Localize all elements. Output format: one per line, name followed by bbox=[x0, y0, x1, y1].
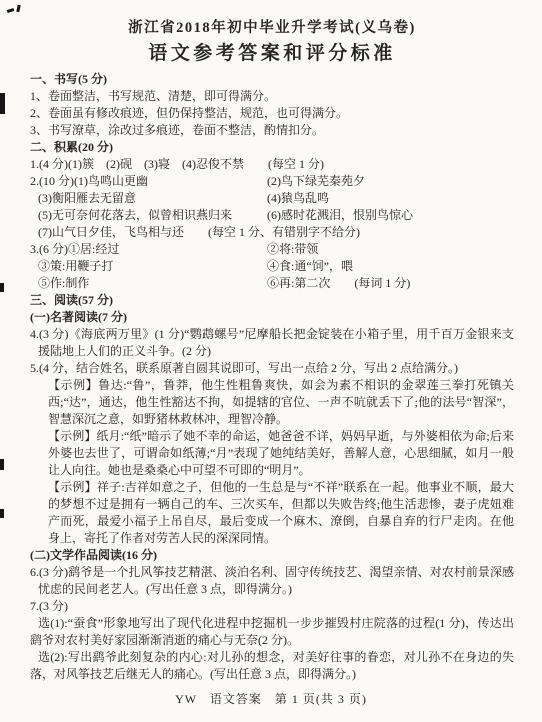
subsection-literature-heading: (二)文学作品阅读(16 分) bbox=[30, 547, 514, 564]
q7-option-2: 选(2):写出鹞爷此刻复杂的内心:对儿孙的想念，对美好往事的眷恋，对儿孙不在身边… bbox=[30, 649, 514, 683]
q2-answer-note: (7)山气日夕佳，飞鸟相与还 (每空 1 分、有错别字不给分) bbox=[30, 224, 514, 241]
writing-rule-3: 3、书写潦草，涂改过多痕迹，卷面不整洁，酌情扣分。 bbox=[30, 122, 514, 139]
q2-answer-right: (6)感时花溅泪，恨别鸟惊心 bbox=[267, 207, 514, 224]
scanned-answer-sheet-page: 浙江省2018年初中毕业升学考试(义乌卷) 语文参考答案和评分标准 一、书写(5… bbox=[0, 0, 542, 722]
q2-answer-row: 2.(10 分)(1)鸟鸣山更幽 (2)鸟下绿芜秦苑夕 bbox=[30, 173, 514, 190]
q3-answer-row: ⑤作:制作 ⑥再:第二次 (每词 1 分) bbox=[30, 275, 514, 292]
q3-answer-right: ⑥再:第二次 (每词 1 分) bbox=[267, 275, 514, 292]
q5-scoring-note: 5.(4 分，结合姓名，联系原著自圆其说即可，写出一点给 2 分，写出 2 点给… bbox=[30, 360, 514, 377]
q2-answer-right: (4)猿鸟乱鸣 bbox=[267, 190, 514, 207]
q3-answer-left: ③策:用鞭子打 bbox=[38, 258, 267, 275]
section-accumulation-heading: 二、积累(20 分) bbox=[30, 139, 514, 156]
q2-answer-right: (2)鸟下绿芜秦苑夕 bbox=[267, 173, 514, 190]
section-writing-heading: 一、书写(5 分) bbox=[30, 71, 514, 88]
scan-artifact bbox=[0, 459, 4, 470]
q3-answer-left: ⑤作:制作 bbox=[38, 275, 267, 292]
q5-example-zhiyue: 【示例】纸月:“纸”暗示了她不幸的命运，她爸爸不详，妈妈早逝，与外婆相依为命;后… bbox=[48, 428, 514, 479]
scan-artifact bbox=[7, 8, 15, 13]
subsection-famous-works-heading: (一)名著阅读(7 分) bbox=[30, 309, 514, 326]
writing-rule-2: 2、卷面虽有修改痕迹，但仍保持整洁，规范，也可得满分。 bbox=[30, 105, 514, 122]
section-reading-heading: 三、阅读(57 分) bbox=[30, 292, 514, 309]
doc-title: 语文参考答案和评分标准 bbox=[30, 45, 514, 62]
q3-answer-row: 3.(6 分)①居:经过 ②将:带领 bbox=[30, 241, 514, 258]
scan-artifact bbox=[0, 509, 4, 518]
q5-example-luda: 【示例】鲁达:“鲁”，鲁莽，他生性粗鲁爽快，如会为素不相识的金翠莲三拳打死镇关西… bbox=[48, 377, 514, 428]
q7-option-1: 选(1):“蚕食”形象地写出了现代化进程中挖掘机一步步摧毁村庄院落的过程(1 分… bbox=[30, 615, 514, 649]
q2-answer-left: 2.(10 分)(1)鸟鸣山更幽 bbox=[30, 173, 267, 190]
q7-label: 7.(3 分) bbox=[30, 598, 514, 615]
q2-answer-left: (5)无可奈何花落去，似曾相识燕归来 bbox=[38, 207, 267, 224]
scan-artifact bbox=[0, 93, 5, 114]
q3-answer-left: 3.(6 分)①居:经过 bbox=[30, 241, 267, 258]
q2-answer-row: (5)无可奈何花落去，似曾相识燕归来 (6)感时花溅泪，恨别鸟惊心 bbox=[30, 207, 514, 224]
exam-title: 浙江省2018年初中毕业升学考试(义乌卷) bbox=[30, 20, 514, 37]
q5-example-xiangzi: 【示例】祥子:吉祥如意之子，但他的一生总是与“不祥”联系在一起。他事业不顺，最大… bbox=[48, 479, 514, 547]
scan-artifact bbox=[16, 5, 20, 12]
q6-answer: 6.(3 分)鹞爷是一个扎风筝技艺精湛、淡泊名利、固守传统技艺、渴望亲情、对农村… bbox=[30, 564, 514, 598]
page-footer: YW 语文答案 第 1 页(共 3 页) bbox=[0, 691, 542, 708]
writing-rule-1: 1、卷面整洁，书写规范、清楚，即可得满分。 bbox=[30, 88, 514, 105]
q2-answer-row: (3)衡阳雁去无留意 (4)猿鸟乱鸣 bbox=[30, 190, 514, 207]
q3-answer-row: ③策:用鞭子打 ④食:通“饲”，喂 bbox=[30, 258, 514, 275]
q2-answer-left: (3)衡阳雁去无留意 bbox=[38, 190, 267, 207]
scan-artifact bbox=[0, 283, 4, 292]
q1-answer-line: 1.(4 分)(1)簇 (2)砚 (3)寝 (4)忍俊不禁 (每空 1 分) bbox=[30, 156, 514, 173]
q4-answer: 4.(3 分)《海底两万里》(1 分)“鹦鹉螺号”尼摩船长把金锭装在小箱子里，用… bbox=[30, 326, 514, 360]
q3-answer-right: ④食:通“饲”，喂 bbox=[267, 258, 514, 275]
q3-answer-right: ②将:带领 bbox=[267, 241, 514, 258]
